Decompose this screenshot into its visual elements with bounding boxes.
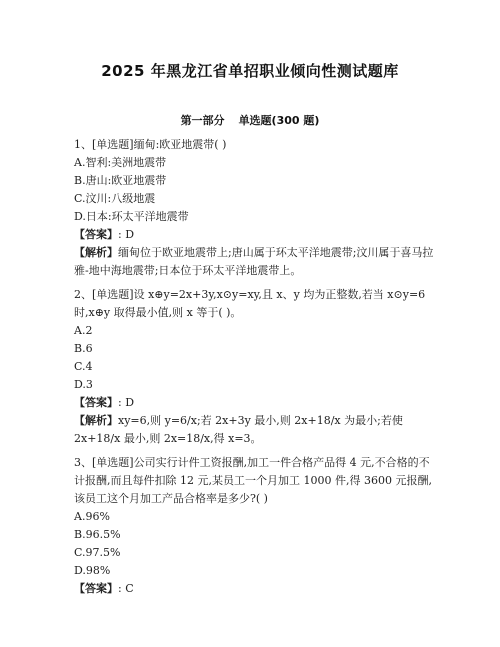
question-1: 1、[单选题]缅甸:欧亚地震带( ) A.智利:美洲地震带 B.唐山:欧亚地震带… bbox=[74, 136, 434, 280]
answer-value: D bbox=[125, 396, 134, 409]
answer-value: D bbox=[125, 228, 134, 241]
option-d: D.98% bbox=[74, 562, 434, 580]
answer-label: 【答案】 bbox=[74, 582, 118, 595]
section-heading: 第一部分单选题(300 题) bbox=[0, 112, 500, 128]
option-c: C.97.5% bbox=[74, 544, 434, 562]
question-stem: 3、[单选题]公司实行计件工资报酬,加工一件合格产品得 4 元,不合格的不计报酬… bbox=[74, 454, 434, 508]
section-part: 第一部分 bbox=[181, 114, 225, 127]
analysis-label: 【解析】 bbox=[74, 246, 118, 259]
question-list: 1、[单选题]缅甸:欧亚地震带( ) A.智利:美洲地震带 B.唐山:欧亚地震带… bbox=[74, 136, 434, 598]
question-2: 2、[单选题]设 x⊕y=2x+3y,x⊙y=xy,且 x、y 均为正整数,若当… bbox=[74, 286, 434, 448]
option-b: B.6 bbox=[74, 340, 434, 358]
analysis-text: xy=6,则 y=6/x;若 2x+3y 最小,则 2x+18/x 为最小;若使… bbox=[74, 414, 403, 445]
option-c: C.汶川:八级地震 bbox=[74, 190, 434, 208]
analysis-line: 【解析】xy=6,则 y=6/x;若 2x+3y 最小,则 2x+18/x 为最… bbox=[74, 412, 434, 448]
answer-line: 【答案】: D bbox=[74, 226, 434, 244]
option-a: A.智利:美洲地震带 bbox=[74, 154, 434, 172]
answer-label: 【答案】 bbox=[74, 228, 118, 241]
option-a: A.2 bbox=[74, 322, 434, 340]
analysis-text: 缅甸位于欧亚地震带上;唐山属于环太平洋地震带;汶川属于喜马拉雅-地中海地震带;日… bbox=[74, 246, 433, 277]
option-b: B.96.5% bbox=[74, 526, 434, 544]
analysis-line: 【解析】缅甸位于欧亚地震带上;唐山属于环太平洋地震带;汶川属于喜马拉雅-地中海地… bbox=[74, 244, 434, 280]
analysis-label: 【解析】 bbox=[74, 414, 118, 427]
option-d: D.日本:环太平洋地震带 bbox=[74, 208, 434, 226]
answer-line: 【答案】: D bbox=[74, 394, 434, 412]
question-stem: 2、[单选题]设 x⊕y=2x+3y,x⊙y=xy,且 x、y 均为正整数,若当… bbox=[74, 286, 434, 322]
section-name: 单选题(300 题) bbox=[239, 114, 320, 127]
document-title: 2025 年黑龙江省单招职业倾向性测试题库 bbox=[0, 60, 500, 81]
answer-label: 【答案】 bbox=[74, 396, 118, 409]
option-a: A.96% bbox=[74, 508, 434, 526]
question-3: 3、[单选题]公司实行计件工资报酬,加工一件合格产品得 4 元,不合格的不计报酬… bbox=[74, 454, 434, 598]
option-c: C.4 bbox=[74, 358, 434, 376]
option-b: B.唐山:欧亚地震带 bbox=[74, 172, 434, 190]
option-d: D.3 bbox=[74, 376, 434, 394]
answer-value: C bbox=[125, 582, 133, 595]
answer-line: 【答案】: C bbox=[74, 580, 434, 598]
question-stem: 1、[单选题]缅甸:欧亚地震带( ) bbox=[74, 136, 434, 154]
